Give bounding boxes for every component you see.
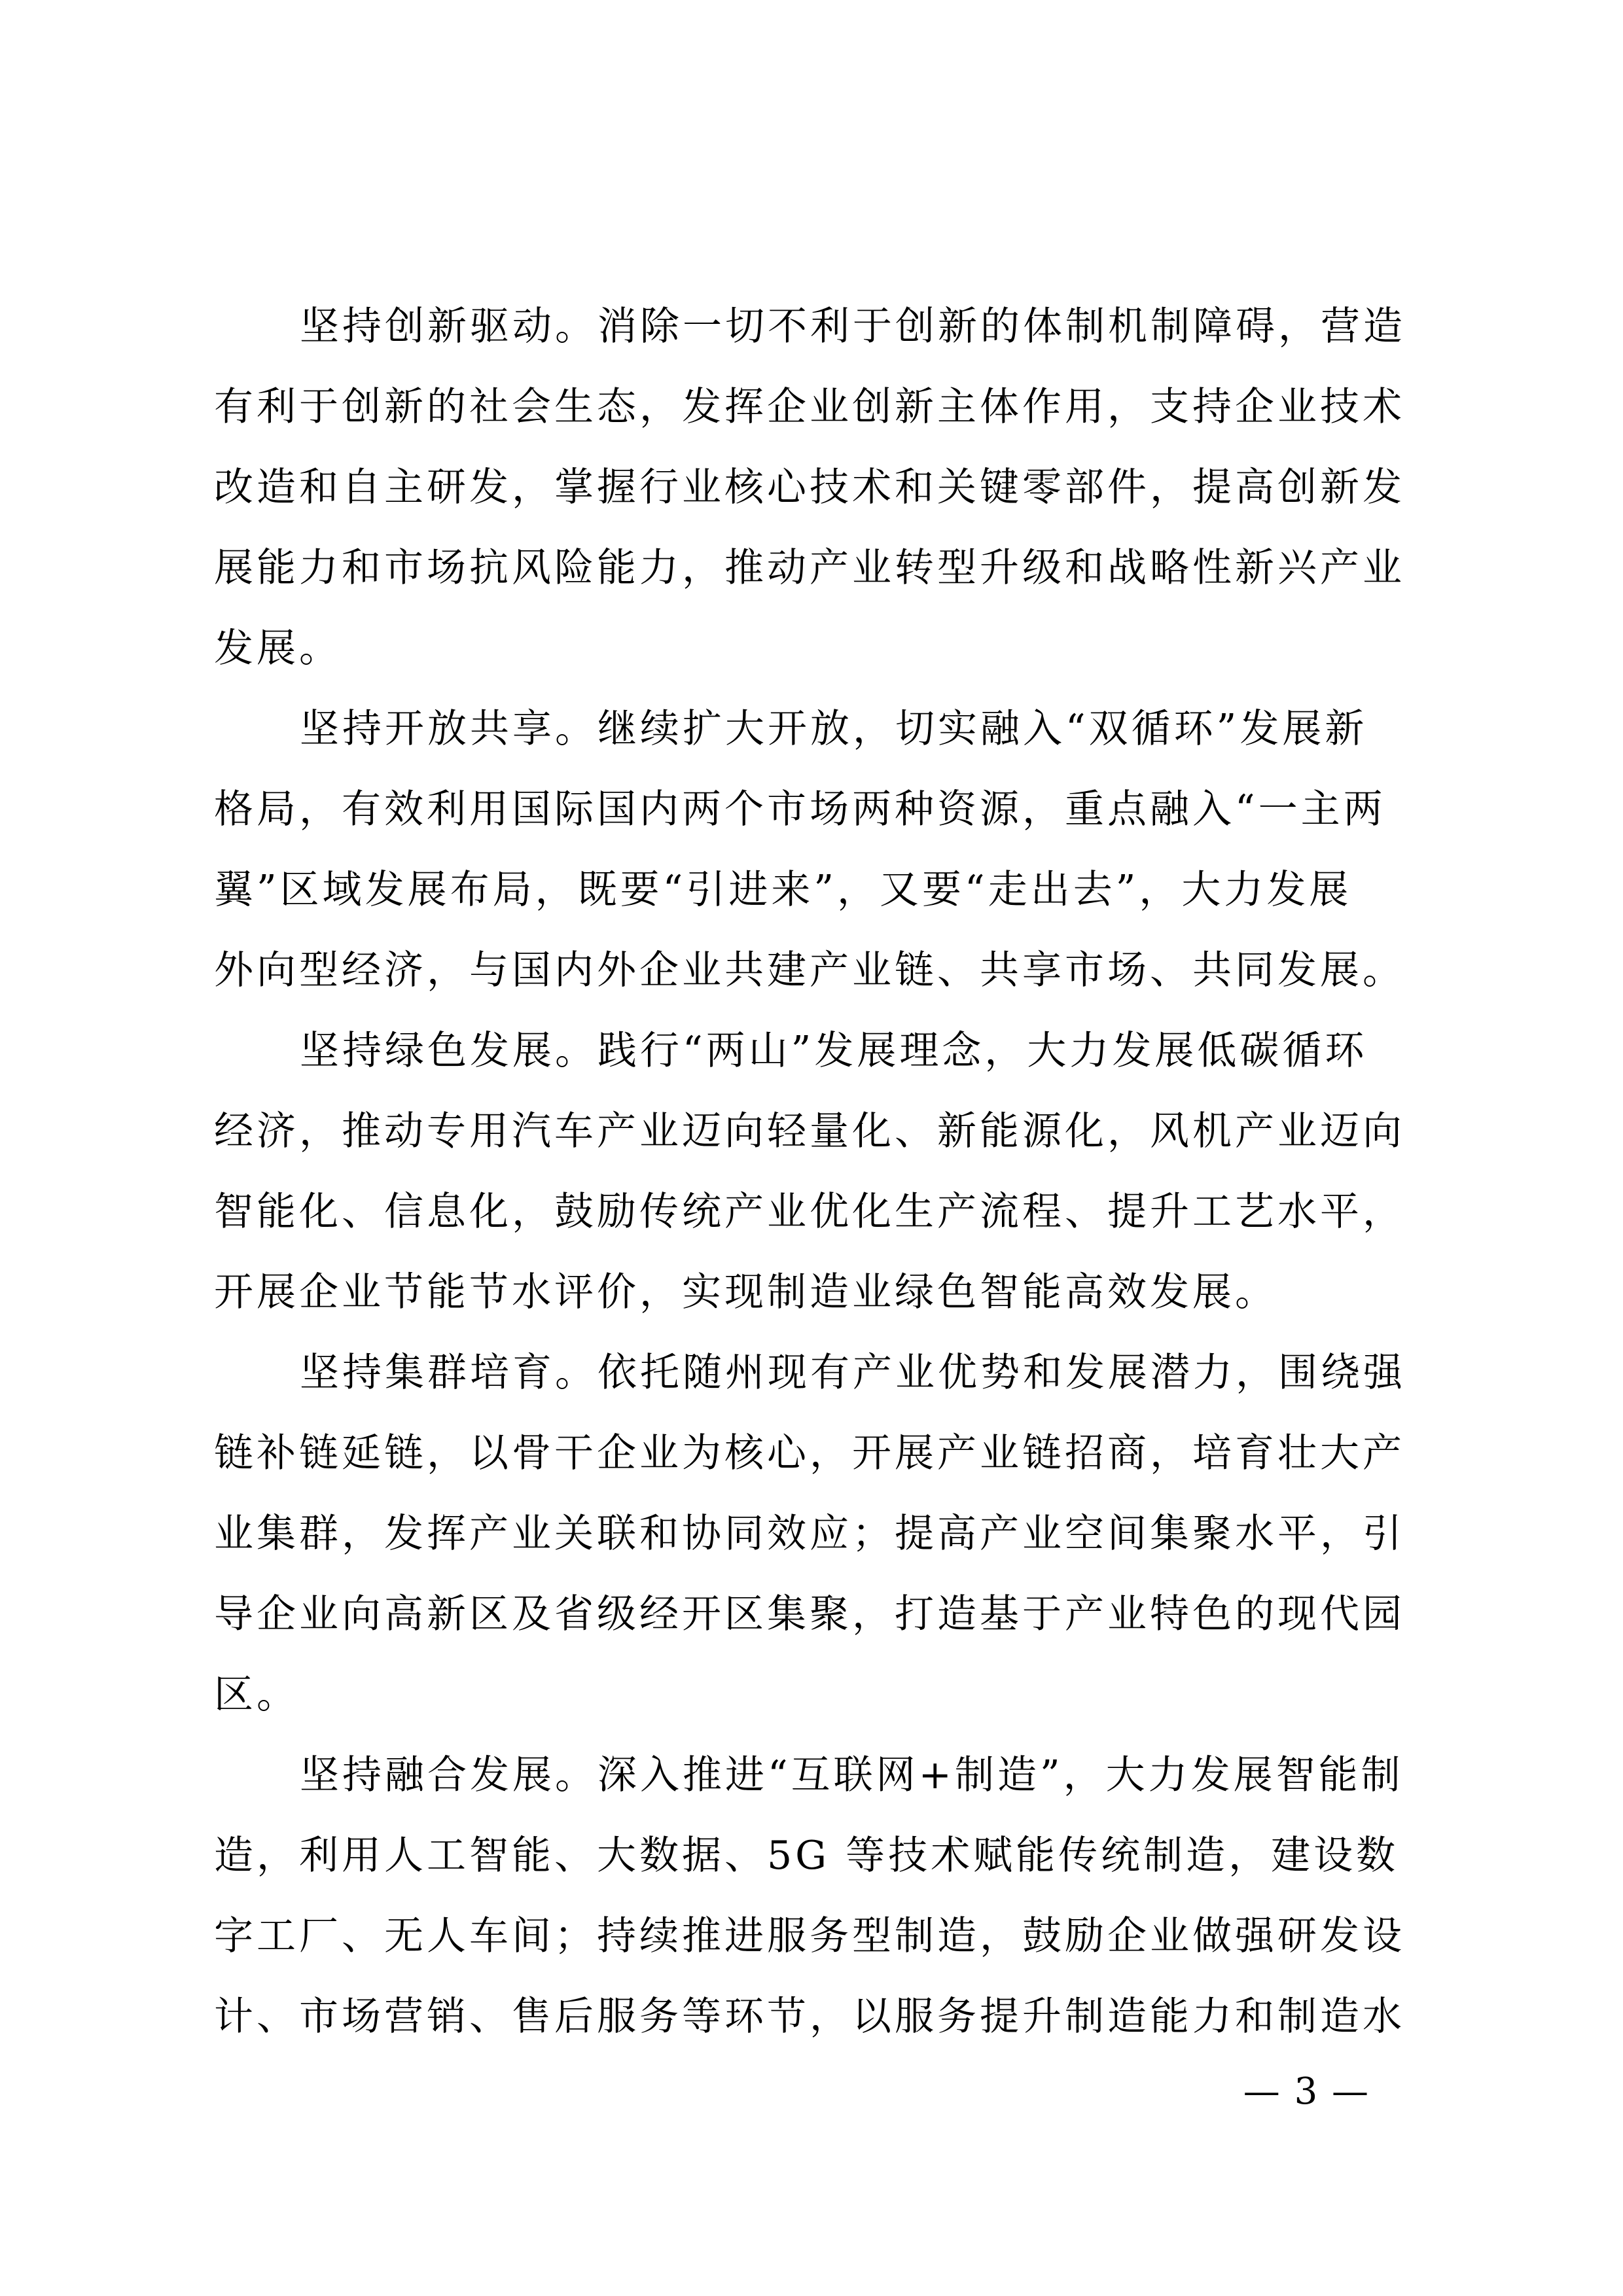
document-page: 坚持创新驱动。消除一切不利于创新的体制机制障碍，营造有利于创新的社会生态，发挥企…: [0, 0, 1623, 2296]
text-line: 外向型经济，与国内外企业共建产业链、共享市场、共同发展。: [214, 930, 1412, 1011]
text-line: 计、市场营销、售后服务等环节，以服务提升制造能力和制造水: [214, 1977, 1412, 2057]
text-line: 链补链延链，以骨干企业为核心，开展产业链招商，培育壮大产: [214, 1413, 1412, 1494]
text-line: 造，利用人工智能、大数据、5G 等技术赋能传统制造，建设数: [214, 1816, 1412, 1896]
text-line: 坚持开放共享。继续扩大开放，切实融入“双循环”发展新: [214, 689, 1412, 769]
text-line: 智能化、信息化，鼓励传统产业优化生产流程、提升工艺水平，: [214, 1172, 1412, 1252]
text-line: 展能力和市场抗风险能力，推动产业转型升级和战略性新兴产业: [214, 528, 1412, 609]
paragraph: 坚持融合发展。深入推进“互联网+制造”，大力发展智能制造，利用人工智能、大数据、…: [214, 1735, 1412, 2057]
text-line: 坚持绿色发展。践行“两山”发展理念，大力发展低碳循环: [214, 1011, 1412, 1091]
paragraph: 坚持集群培育。依托随州现有产业优势和发展潜力，围绕强链补链延链，以骨干企业为核心…: [214, 1333, 1412, 1735]
text-line: 坚持创新驱动。消除一切不利于创新的体制机制障碍，营造: [214, 287, 1412, 367]
text-line: 有利于创新的社会生态，发挥企业创新主体作用，支持企业技术: [214, 367, 1412, 448]
text-line: 坚持集群培育。依托随州现有产业优势和发展潜力，围绕强: [214, 1333, 1412, 1413]
paragraph: 坚持绿色发展。践行“两山”发展理念，大力发展低碳循环经济，推动专用汽车产业迈向轻…: [214, 1011, 1412, 1333]
page-number: — 3 —: [1243, 2066, 1370, 2118]
paragraph: 坚持开放共享。继续扩大开放，切实融入“双循环”发展新格局，有效利用国际国内两个市…: [214, 689, 1412, 1011]
text-line: 字工厂、无人车间；持续推进服务型制造，鼓励企业做强研发设: [214, 1896, 1412, 1977]
text-line: 坚持融合发展。深入推进“互联网+制造”，大力发展智能制: [214, 1735, 1412, 1816]
text-line: 改造和自主研发，掌握行业核心技术和关键零部件，提高创新发: [214, 448, 1412, 528]
text-line: 发展。: [214, 609, 1412, 689]
paragraph: 坚持创新驱动。消除一切不利于创新的体制机制障碍，营造有利于创新的社会生态，发挥企…: [214, 287, 1412, 689]
text-line: 格局，有效利用国际国内两个市场两种资源，重点融入“一主两: [214, 769, 1412, 850]
text-line: 经济，推动专用汽车产业迈向轻量化、新能源化，风机产业迈向: [214, 1091, 1412, 1172]
text-line: 导企业向高新区及省级经开区集聚，打造基于产业特色的现代园: [214, 1574, 1412, 1655]
text-line: 开展企业节能节水评价，实现制造业绿色智能高效发展。: [214, 1252, 1412, 1333]
body-text: 坚持创新驱动。消除一切不利于创新的体制机制障碍，营造有利于创新的社会生态，发挥企…: [214, 287, 1412, 2057]
text-line: 翼”区域发展布局，既要“引进来”，又要“走出去”，大力发展: [214, 850, 1412, 930]
text-line: 区。: [214, 1655, 1412, 1735]
text-line: 业集群，发挥产业关联和协同效应；提高产业空间集聚水平，引: [214, 1494, 1412, 1574]
